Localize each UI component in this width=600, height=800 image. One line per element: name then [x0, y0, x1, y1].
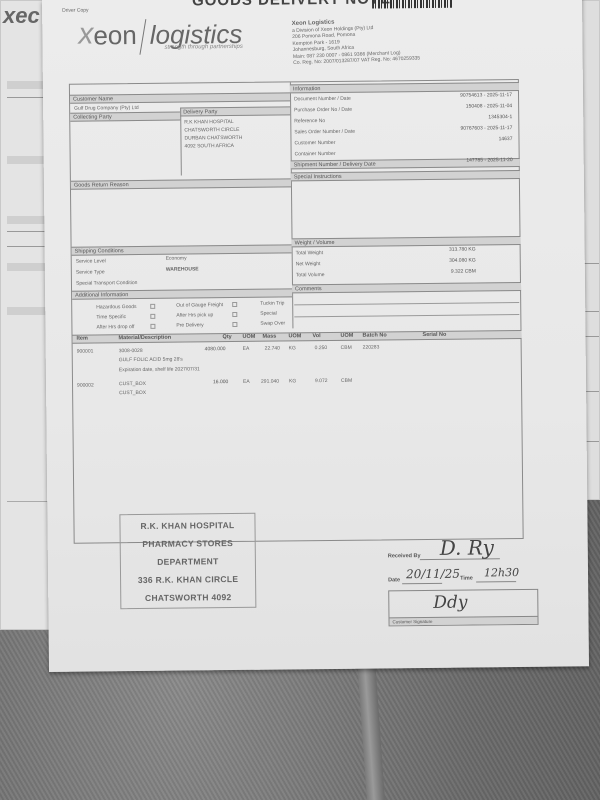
info-value: 147785 - 2025-11-20 [466, 157, 512, 163]
col-uom: UOM [243, 334, 256, 340]
item-vol-uom: CBM [341, 378, 352, 384]
customer-signature: Ddy [433, 593, 467, 613]
stamp-line: 336 R.K. KHAN CIRCLE [121, 570, 255, 589]
shipping-value: WAREHOUSE [166, 266, 199, 272]
col-description: Material/Description [119, 335, 172, 342]
logo-x: x [78, 17, 93, 51]
option-label: Out of Gauge Freight [176, 302, 223, 308]
copy-label: Driver Copy [62, 8, 88, 14]
goods-return-reason-header: Goods Return Reason [71, 178, 291, 189]
behind-logo-fragment: xec [3, 3, 40, 29]
info-value: 90754613 - 2025-11-17 [460, 92, 512, 99]
divider [180, 108, 182, 176]
item-desc: 3008-0028 [119, 348, 143, 354]
logo-tagline: strength through partnerships [164, 44, 242, 51]
date-line [402, 583, 442, 584]
item-number: 900001 [77, 348, 94, 354]
weight-label: Total Volume [296, 272, 325, 278]
document-title: GOODS DELIVERY NOTE [192, 0, 391, 9]
stamp-line: DEPARTMENT [121, 552, 255, 571]
col-item: Item [77, 336, 88, 342]
weight-volume-header: Weight / Volume [292, 236, 521, 247]
barcode [372, 0, 452, 9]
additional-info-header: Additional Information [72, 288, 292, 299]
shipping-conditions-header: Shipping Conditions [72, 244, 292, 255]
col-mass: Mass [263, 334, 277, 340]
info-label: Customer Number [294, 140, 335, 146]
item-uom: EA [243, 346, 250, 352]
shipping-label: Service Level [76, 258, 106, 264]
customer-name-value: Gulf Drug Company (Pty) Ltd [74, 105, 139, 112]
weight-value: 9.322 CBM [451, 268, 476, 274]
item-qty: 16.000 [213, 379, 228, 385]
item-uom: EA [243, 379, 250, 385]
info-value: 150408 - 2025-11-04 [466, 103, 512, 109]
col-qty: Qty [223, 334, 232, 340]
stamp-line: R.K. KHAN HOSPITAL [120, 516, 254, 535]
item-desc: CUST_BOX [119, 390, 146, 396]
logo-divider [140, 19, 147, 55]
logo-eon: eon [93, 20, 137, 51]
company-address: Xeon Logistics a Division of Xeon Holdin… [292, 16, 421, 66]
item-vol: 9.072 [315, 378, 328, 384]
option-label: Special [260, 311, 276, 317]
checkbox[interactable] [150, 314, 155, 319]
customer-signature-label: Customer Signature [389, 616, 537, 626]
date-label: Date [388, 577, 400, 583]
item-mass: 22.740 [265, 346, 280, 352]
delivery-party-line: DURBAN CHATSWORTH [184, 135, 242, 142]
info-label: Container Number [295, 151, 336, 157]
comments-header: Comments [292, 282, 521, 293]
weight-label: Total Weight [296, 250, 323, 256]
item-desc: GULF FOLIC ACID 5mg 28's [119, 357, 183, 364]
stamp-line: PHARMACY STORES [121, 534, 255, 553]
info-label: Document Number / Date [294, 96, 351, 103]
customer-name-header: Customer Name [70, 92, 290, 103]
date-value: 20/11/25 [406, 567, 460, 582]
checkbox[interactable] [232, 312, 237, 317]
weight-value: 304.080 KG [449, 257, 476, 263]
item-number: 900002 [77, 382, 94, 388]
shipping-label: Service Type [76, 269, 105, 275]
option-label: Hazardous Goods [96, 304, 136, 310]
special-instructions-header: Special Instructions [291, 170, 520, 181]
col-batch: Batch No [363, 332, 387, 338]
time-label: Time [460, 576, 473, 582]
delivery-form: Customer Name Gulf Drug Company (Pty) Lt… [69, 79, 524, 544]
time-line [476, 581, 516, 582]
info-value: 1345304-1 [488, 114, 512, 120]
shipping-value: Economy [166, 256, 187, 262]
item-mass-uom: KG [289, 378, 296, 384]
hospital-stamp: R.K. KHAN HOSPITAL PHARMACY STORES DEPAR… [119, 513, 256, 609]
comment-line [294, 302, 519, 305]
option-label: After Hrs pick up [176, 312, 213, 318]
time-value: 12h30 [484, 566, 519, 579]
item-desc: Expiration date, shelf life 2027/07/31 [119, 366, 200, 373]
customer-signature-box[interactable]: Ddy Customer Signature [388, 589, 538, 627]
delivery-note-sheet: GOODS DELIVERY NOTE Driver Copy x eon lo… [42, 0, 589, 672]
info-value: 90767603 - 2025-11-17 [460, 125, 512, 132]
received-by-label: Received By [388, 553, 421, 559]
delivery-party-line: R.K KHAN HOSPITAL [184, 119, 233, 126]
comment-line [294, 314, 519, 317]
delivery-party-line: 4092 SOUTH AFRICA [185, 143, 235, 150]
item-mass: 291.040 [261, 379, 279, 385]
col-serial: Serial No [422, 332, 446, 338]
checkbox[interactable] [150, 324, 155, 329]
item-batch: 220283 [363, 344, 380, 350]
received-by-signature: D. Ry [440, 535, 494, 560]
weight-label: Net Weight [296, 261, 321, 267]
stamp-line: CHATSWORTH 4092 [121, 588, 255, 607]
item-vol-uom: CBM [341, 345, 352, 351]
checkbox[interactable] [232, 322, 237, 327]
option-label: Swap Over [260, 320, 285, 326]
checkbox[interactable] [150, 304, 155, 309]
item-desc: CUST_BOX [119, 381, 146, 387]
info-value: 14637 [499, 136, 513, 142]
col-mass-uom: UOM [289, 333, 302, 339]
item-qty: 4080.000 [205, 346, 226, 352]
item-mass-uom: KG [289, 345, 296, 351]
delivery-party-line: CHATSWORTH CIRCLE [184, 127, 239, 134]
delivery-party-header: Delivery Party [180, 106, 290, 116]
info-label: Reference No [294, 118, 325, 124]
col-vol: Vol [313, 333, 321, 339]
option-label: Pre Delivery [176, 322, 203, 328]
collecting-party-header: Collecting Party [70, 112, 180, 122]
option-label: Tuckin Trip [260, 300, 284, 306]
weight-value: 313.780 KG [449, 246, 476, 252]
option-label: Time Specific [96, 314, 126, 320]
checkbox[interactable] [232, 302, 237, 307]
shipping-label: Special Transport Condition [76, 280, 137, 287]
info-label: Purchase Order No / Date [294, 107, 352, 114]
info-label: Sales Order Number / Date [294, 129, 355, 136]
option-label: After Hrs drop off [96, 324, 134, 330]
item-vol: 0.250 [315, 345, 328, 351]
col-vol-uom: UOM [341, 333, 354, 339]
